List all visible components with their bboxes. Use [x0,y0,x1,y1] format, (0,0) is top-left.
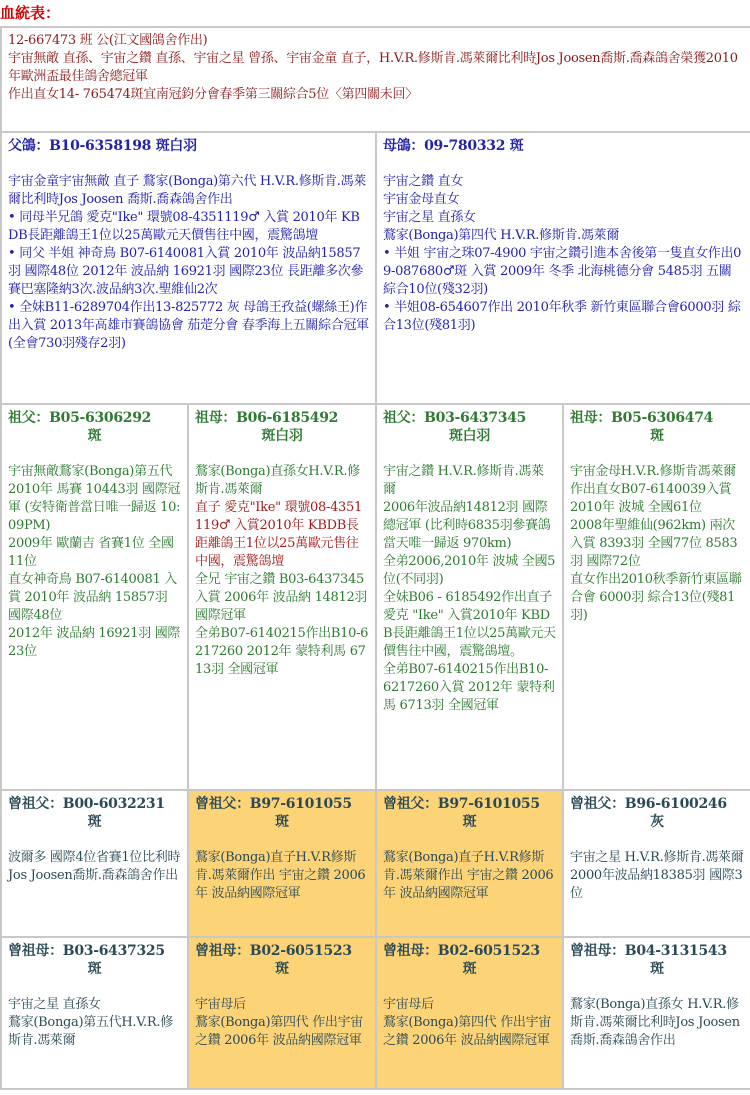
great-grandsire-cell: 曾祖父：B00-6032231斑 波爾多 國際4位省賽1位比利時Jos Joos… [1,790,188,937]
great-grandparent-line: 2000年波品納18385羽 國際3位 [570,867,744,903]
grandparent-line: 2008年聖維仙(962km) 兩次入賞 8393羽 全國77位 8583羽 國… [570,517,744,571]
great-grandparent-label: 曾祖母：B04-3131543斑 [570,942,744,978]
grandparent-line: 直女神奇鳥 B07-6140081 入賞 2010年 波品納 15857羽 國際… [8,571,181,625]
great-granddam-cell: 曾祖母：B02-6051523斑 宇宙母后 鶩家(Bonga)第四代 作出宇宙之… [188,937,376,1089]
sire-line: • 同母半兄鴿 愛克"Ike" 環號08-4351119♂ 入賞 2010年 K… [8,209,369,245]
grandsire-maternal-cell: 祖父：B03-6437345斑白羽 宇宙之鑽 H.V.R.修斯肯.馮萊爾 200… [376,404,563,790]
sire-label: 父鴿：B10-6358198 斑白羽 [8,137,369,155]
grandparent-line: 鶩家(Bonga)直孫女H.V.R.修斯肯.馮萊爾 [195,463,369,499]
great-grandparent-label: 曾祖母：B02-6051523斑 [383,942,556,978]
granddam-paternal-cell: 祖母：B06-6185492斑白羽 鶩家(Bonga)直孫女H.V.R.修斯肯.… [188,404,376,790]
great-grandparent-line: 鶩家(Bonga)直子H.V.R修斯肯.馮萊爾作出 宇宙之鑽 2006年 波品納… [383,849,556,903]
great-grandparent-line: 鶩家(Bonga)第四代 作出宇宙之鑽 2006年 波品納國際冠軍 [383,1014,556,1050]
great-grandparent-label: 曾祖父：B97-6101055斑 [195,795,369,831]
great-granddam-cell: 曾祖母：B02-6051523斑 宇宙母后 鶩家(Bonga)第四代 作出宇宙之… [376,937,563,1089]
grandparent-line: 全弟2006,2010年 波城 全國5位(不同羽) [383,553,556,589]
dam-line: 宇宙之星 直孫女 [383,209,744,227]
grandparent-line: 作出直女B07-6140039入賞 [570,481,744,499]
grandparent-line: 直女作出2010秋季新竹東區聯合會 6000羽 綜合13位(殘81羽) [570,571,744,625]
great-grandsire-cell: 曾祖父：B96-6100246灰 宇宙之星 H.V.R.修斯肯.馮萊爾 2000… [563,790,750,937]
dam-line: 鶩家(Bonga)第四代 H.V.R.修斯肯.馮萊爾 [383,227,744,245]
subject-offspring: 作出直女14- 765474斑宜南冠鈞分會春季第三關綜合5位〈第四關未回〉 [8,86,744,104]
great-grandsire-cell: 曾祖父：B97-6101055斑 鶩家(Bonga)直子H.V.R修斯肯.馮萊爾… [188,790,376,937]
great-grandparent-line: 波爾多 國際4位省賽1位比利時Jos Joosen喬斯.喬森鴿舍作出 [8,849,181,885]
great-granddam-cell: 曾祖母：B04-3131543斑 鶩家(Bonga)直孫女 H.V.R.修斯肯.… [563,937,750,1089]
great-grandparent-line: 鶩家(Bonga)第四代 作出宇宙之鑽 2006年 波品納國際冠軍 [195,1014,369,1050]
sire-line: 宇宙金童宇宙無敵 直子 鶩家(Bonga)第六代 H.V.R.修斯肯.馮萊爾比利… [8,173,369,209]
great-grandparent-line: 宇宙之星 直孫女 [8,996,181,1014]
sire-line: • 全妹B11-6289704作出13-825772 灰 母鴿王孜益(螺絲王)作… [8,299,369,353]
great-grandsire-cell: 曾祖父：B97-6101055斑 鶩家(Bonga)直子H.V.R修斯肯.馮萊爾… [376,790,563,937]
grandparent-line: 全兄 宇宙之鑽 B03-6437345入賞 2006年 波品納 14812羽 國… [195,571,369,625]
subject-cell: 12-667473 班 公(江文國鴿舍作出) 宇宙無敵 直孫、宇宙之鑽 直孫、宇… [1,27,750,132]
grandsire-paternal-cell: 祖父：B05-6306292斑 宇宙無敵鶩家(Bonga)第五代 2010年 馬… [1,404,188,790]
pedigree-table: 12-667473 班 公(江文國鴿舍作出) 宇宙無敵 直孫、宇宙之鑽 直孫、宇… [0,26,750,1090]
great-grandparent-label: 曾祖父：B96-6100246灰 [570,795,744,831]
grandparent-label: 祖父：B03-6437345斑白羽 [383,409,556,445]
dam-line: • 半姐 宇宙之珠07-4900 宇宙之鑽引進本舍後第一隻直女作出09-0876… [383,245,744,299]
subject-lineage: 宇宙無敵 直孫、宇宙之鑽 直孫、宇宙之星 曾孫、宇宙金童 直子，H.V.R.修斯… [8,50,744,86]
grandparent-line: 2006年波品納14812羽 國際總冠軍 (比利時6835羽參賽鴿當天唯一歸返 … [383,499,556,553]
grandparent-highlight: 直子 愛克"Ike" 環號08-4351119♂ 入賞2010年 KBDB長距離… [195,499,369,571]
subject-id: 12-667473 班 公(江文國鴿舍作出) [8,32,744,50]
granddam-maternal-cell: 祖母：B05-6306474斑 宇宙金母H.V.R.修斯肯馮萊爾 作出直女B07… [563,404,750,790]
grandparent-line: 宇宙金母H.V.R.修斯肯馮萊爾 [570,463,744,481]
great-grandparent-label: 曾祖父：B00-6032231斑 [8,795,181,831]
grandparent-line: 全妹B06 - 6185492作出直子 愛克 "Ike" 入賞2010年 KBD… [383,589,556,661]
grandparent-label: 祖母：B05-6306474斑 [570,409,744,445]
grandparent-line: 2010年 波城 全國61位 [570,499,744,517]
dam-label: 母鴿：09-780332 斑 [383,137,744,155]
great-grandparent-label: 曾祖父：B97-6101055斑 [383,795,556,831]
grandparent-line: 2012年 波品納 16921羽 國際23位 [8,625,181,661]
great-grandparent-line: 鶩家(Bonga)第五代H.V.R.修斯肯.馮萊爾 [8,1014,181,1050]
dam-line: • 半姐08-654607作出 2010年秋季 新竹東區聯合會6000羽 綜合1… [383,299,744,335]
dam-line: 宇宙金母直女 [383,191,744,209]
grandparent-label: 祖母：B06-6185492斑白羽 [195,409,369,445]
great-grandparent-label: 曾祖母：B02-6051523斑 [195,942,369,978]
sire-line: • 同父 半姐 神奇鳥 B07-6140081入賞 2010年 波品納15857… [8,245,369,299]
grandparent-line: 全弟B07-6140215作出B10-6217260入賞 2012年 蒙特利馬 … [383,661,556,715]
great-grandparent-line: 宇宙母后 [195,996,369,1014]
grandparent-line: 宇宙之鑽 H.V.R.修斯肯.馮萊爾 [383,463,556,499]
grandparent-label: 祖父：B05-6306292斑 [8,409,181,445]
great-grandparent-line: 鶩家(Bonga)直孫女 H.V.R.修斯肯.馮萊爾比利時Jos Joosen喬… [570,996,744,1050]
sire-cell: 父鴿：B10-6358198 斑白羽 宇宙金童宇宙無敵 直子 鶩家(Bonga)… [1,132,376,404]
grandparent-line: 2010年 馬賽 10443羽 國際冠軍 (安特衛普當日唯一歸返 10:09PM… [8,481,181,535]
grandparent-line: 2009年 歐蘭吉 省賽1位 全國11位 [8,535,181,571]
great-grandparent-line: 宇宙母后 [383,996,556,1014]
great-granddam-cell: 曾祖母：B03-6437325斑 宇宙之星 直孫女 鶩家(Bonga)第五代H.… [1,937,188,1089]
dam-line: 宇宙之鑽 直女 [383,173,744,191]
great-grandparent-line: 宇宙之星 H.V.R.修斯肯.馮萊爾 [570,849,744,867]
great-grandparent-label: 曾祖母：B03-6437325斑 [8,942,181,978]
page-title: 血統表： [0,2,60,23]
grandparent-line: 宇宙無敵鶩家(Bonga)第五代 [8,463,181,481]
dam-cell: 母鴿：09-780332 斑 宇宙之鑽 直女 宇宙金母直女 宇宙之星 直孫女 鶩… [376,132,750,404]
grandparent-line: 全弟B07-6140215作出B10-6217260 2012年 蒙特利馬 67… [195,625,369,679]
great-grandparent-line: 鶩家(Bonga)直子H.V.R修斯肯.馮萊爾作出 宇宙之鑽 2006年 波品納… [195,849,369,903]
